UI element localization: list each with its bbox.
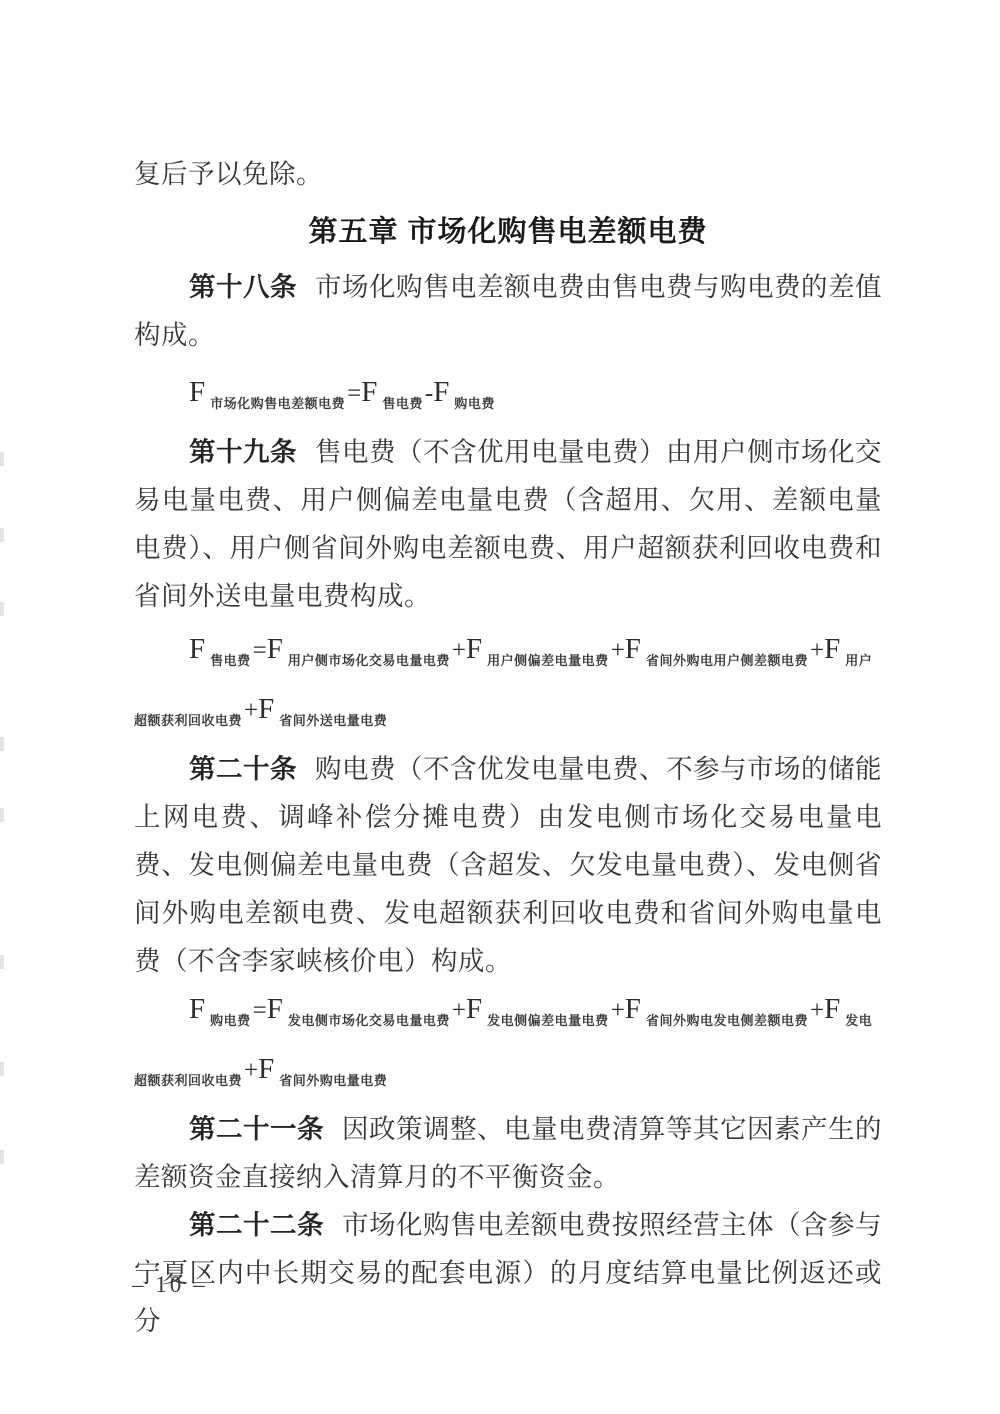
document-body: 复后予以免除。第五章 市场化购售电差额电费第十八条市场化购售电差额电费由售电费与…	[134, 150, 882, 1345]
formula: F市场化购售电差额电费=F售电费-F购电费	[134, 368, 882, 428]
formula-subscript: 省间外购电量电费	[274, 1073, 389, 1088]
formula: F购电费=F发电侧市场化交易电量电费+F发电侧偏差电量电费+F省间外购电发电侧差…	[134, 985, 882, 1105]
formula-subscript: 省间外送电量电费	[274, 713, 389, 728]
scan-artifact	[0, 528, 4, 542]
formula-variable: F	[466, 633, 482, 665]
scan-artifact	[0, 452, 4, 466]
formula-variable: F	[625, 633, 641, 665]
formula-variable: F	[361, 376, 377, 408]
chapter-heading: 第五章 市场化购售电差额电费	[134, 208, 882, 256]
article-paragraph: 第二十一条因政策调整、电量电费清算等其它因素产生的差额资金直接纳入清算月的不平衡…	[134, 1105, 882, 1201]
formula-operator: =	[253, 997, 267, 1024]
formula-operator: +	[611, 997, 625, 1024]
formula-subscript: 用户侧偏差电量电费	[482, 653, 611, 668]
scan-artifact	[0, 1150, 4, 1164]
formula-subscript: 用户侧市场化交易电量电费	[283, 653, 452, 668]
formula-subscript: 省间外购电用户侧差额电费	[641, 653, 810, 668]
formula-subscript: 购电费	[205, 1013, 253, 1028]
formula-variable: F	[258, 693, 274, 725]
formula-subscript: 省间外购电发电侧差额电费	[641, 1013, 810, 1028]
article-paragraph: 第十九条售电费（不含优用电量电费）由用户侧市场化交易电量电费、用户侧偏差电量电费…	[134, 428, 882, 620]
article-number: 第二十一条	[189, 1114, 324, 1144]
formula-subscript: 市场化购售电差额电费	[205, 396, 347, 411]
formula-operator: =	[253, 637, 267, 664]
article-number: 第十八条	[189, 272, 297, 302]
formula: F售电费=F用户侧市场化交易电量电费+F用户侧偏差电量电费+F省间外购电用户侧差…	[134, 625, 882, 745]
formula-subscript: 售电费	[377, 396, 425, 411]
formula-operator: +	[452, 997, 466, 1024]
formula-variable: F	[189, 633, 205, 665]
formula-operator: +	[810, 997, 824, 1024]
article-number: 第二十二条	[189, 1210, 324, 1240]
formula-operator: +	[244, 1057, 258, 1084]
formula-variable: F	[433, 376, 449, 408]
formula-operator: +	[810, 637, 824, 664]
formula-subscript: 发电侧偏差电量电费	[482, 1013, 611, 1028]
formula-variable: F	[189, 993, 205, 1025]
scan-artifact	[0, 1062, 4, 1076]
scan-artifact	[0, 602, 4, 616]
scan-artifact	[0, 955, 4, 969]
formula-operator: +	[244, 697, 258, 724]
formula-variable: F	[189, 376, 205, 408]
formula-operator: +	[611, 637, 625, 664]
document-page: 复后予以免除。第五章 市场化购售电差额电费第十八条市场化购售电差额电费由售电费与…	[0, 0, 1000, 1414]
formula-variable: F	[258, 1053, 274, 1085]
formula-operator: +	[452, 637, 466, 664]
article-number: 第二十条	[189, 754, 297, 784]
formula-subscript: 售电费	[205, 653, 253, 668]
formula-variable: F	[267, 633, 283, 665]
formula-variable: F	[824, 633, 840, 665]
formula-operator: -	[425, 380, 433, 407]
formula-variable: F	[824, 993, 840, 1025]
continuation-paragraph: 复后予以免除。	[134, 150, 882, 198]
page-number: – 10 –	[132, 1272, 208, 1298]
formula-operator: =	[347, 380, 361, 407]
formula-subscript: 发电侧市场化交易电量电费	[283, 1013, 452, 1028]
article-paragraph: 第二十二条市场化购售电差额电费按照经营主体（含参与宁夏区内中长期交易的配套电源）…	[134, 1201, 882, 1345]
formula-subscript: 购电费	[449, 396, 497, 411]
formula-variable: F	[466, 993, 482, 1025]
article-text: 购电费（不含优发电量电费、不参与市场的储能上网电费、调峰补偿分摊电费）由发电侧市…	[134, 754, 882, 976]
article-paragraph: 第二十条购电费（不含优发电量电费、不参与市场的储能上网电费、调峰补偿分摊电费）由…	[134, 745, 882, 985]
formula-variable: F	[625, 993, 641, 1025]
scan-artifact	[0, 808, 4, 822]
article-paragraph: 第十八条市场化购售电差额电费由售电费与购电费的差值构成。	[134, 263, 882, 359]
scan-artifact	[0, 737, 4, 751]
formula-variable: F	[267, 993, 283, 1025]
article-number: 第十九条	[189, 437, 297, 467]
